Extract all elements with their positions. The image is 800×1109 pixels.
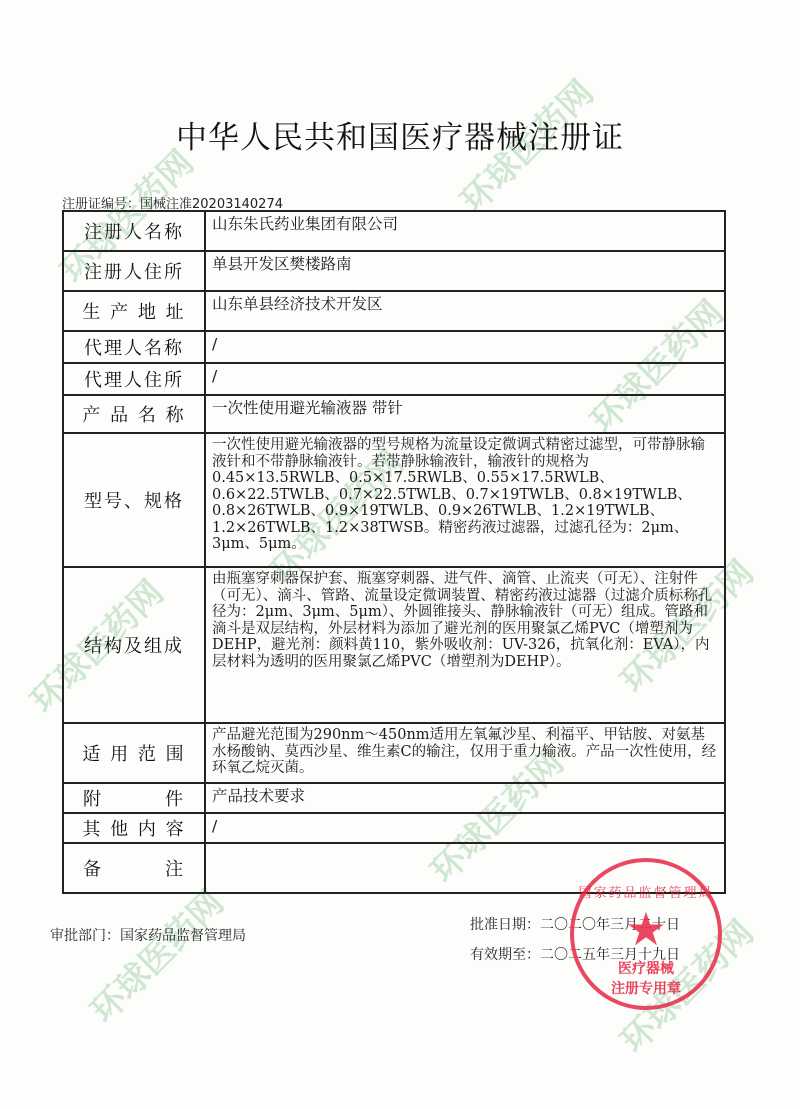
official-seal: 国家药品监督管理局 ★ 医疗器械 注册专用章 — [570, 858, 722, 1010]
row-label: 结构及组成 — [63, 567, 205, 723]
row-label: 生 产 地 址 — [63, 291, 205, 331]
row-label: 附件 — [63, 783, 205, 813]
row-label: 其 他 内 容 — [63, 813, 205, 843]
authority-value: 国家药品监督管理局 — [120, 928, 246, 944]
table-row: 注册人住所 单县开发区樊楼路南 — [63, 251, 725, 291]
valid-until-label: 有效期至： — [470, 947, 540, 963]
table-row: 适 用 范 围 产品避光范围为290nm～450nm适用左氧氟沙星、利福平、甲钴… — [63, 723, 725, 783]
row-value: 山东单县经济技术开发区 — [205, 291, 725, 331]
row-value: / — [205, 813, 725, 843]
approval-authority: 审批部门：国家药品监督管理局 — [50, 925, 246, 945]
table-row: 生 产 地 址 山东单县经济技术开发区 — [63, 291, 725, 331]
row-label: 适 用 范 围 — [63, 723, 205, 783]
row-value: 一次性使用避光输液器的型号规格为流量设定微调式精密过滤型，可带静脉输液针和不带静… — [205, 433, 725, 567]
table-row: 结构及组成 由瓶塞穿刺器保护套、瓶塞穿刺器、进气件、滴管、止流夹（可无）、注射件… — [63, 567, 725, 723]
star-icon: ★ — [574, 902, 718, 956]
row-label: 代理人住所 — [63, 363, 205, 395]
table-row: 代理人名称 / — [63, 331, 725, 363]
table-row: 产 品 名 称 一次性使用避光输液器 带针 — [63, 395, 725, 433]
row-label: 备注 — [63, 843, 205, 893]
row-value: / — [205, 331, 725, 363]
seal-line-2: 注册专用章 — [574, 978, 718, 998]
table-row: 型号、规格 一次性使用避光输液器的型号规格为流量设定微调式精密过滤型，可带静脉输… — [63, 433, 725, 567]
row-label-right: 件 — [165, 785, 185, 811]
watermark: 环球医药网 — [78, 877, 233, 1032]
row-value: 产品避光范围为290nm～450nm适用左氧氟沙星、利福平、甲钴胺、对氨基水杨酸… — [205, 723, 725, 783]
table-row: 代理人住所 / — [63, 363, 725, 395]
seal-line-1: 医疗器械 — [574, 958, 718, 978]
table-row: 其 他 内 容 / — [63, 813, 725, 843]
row-value: 由瓶塞穿刺器保护套、瓶塞穿刺器、进气件、滴管、止流夹（可无）、注射件（可无）、滴… — [205, 567, 725, 723]
row-label: 产 品 名 称 — [63, 395, 205, 433]
row-label: 代理人名称 — [63, 331, 205, 363]
row-label: 型号、规格 — [63, 433, 205, 567]
seal-arc-text: 国家药品监督管理局 — [574, 882, 718, 901]
row-value: / — [205, 363, 725, 395]
row-value: 产品技术要求 — [205, 783, 725, 813]
row-label: 注册人住所 — [63, 251, 205, 291]
table-row: 附件 产品技术要求 — [63, 783, 725, 813]
document-title: 中华人民共和国医疗器械注册证 — [0, 112, 800, 157]
row-label-left: 备 — [83, 855, 103, 881]
table-row: 注册人名称 山东朱氏药业集团有限公司 — [63, 211, 725, 251]
row-label-right: 注 — [165, 855, 185, 881]
authority-label: 审批部门： — [50, 928, 120, 944]
row-value: 单县开发区樊楼路南 — [205, 251, 725, 291]
certificate-table: 注册人名称 山东朱氏药业集团有限公司 注册人住所 单县开发区樊楼路南 生 产 地… — [62, 210, 726, 894]
row-label-left: 附 — [83, 785, 103, 811]
row-label: 注册人名称 — [63, 211, 205, 251]
row-value: 一次性使用避光输液器 带针 — [205, 395, 725, 433]
row-value: 山东朱氏药业集团有限公司 — [205, 211, 725, 251]
approval-date-label: 批准日期： — [470, 917, 540, 933]
